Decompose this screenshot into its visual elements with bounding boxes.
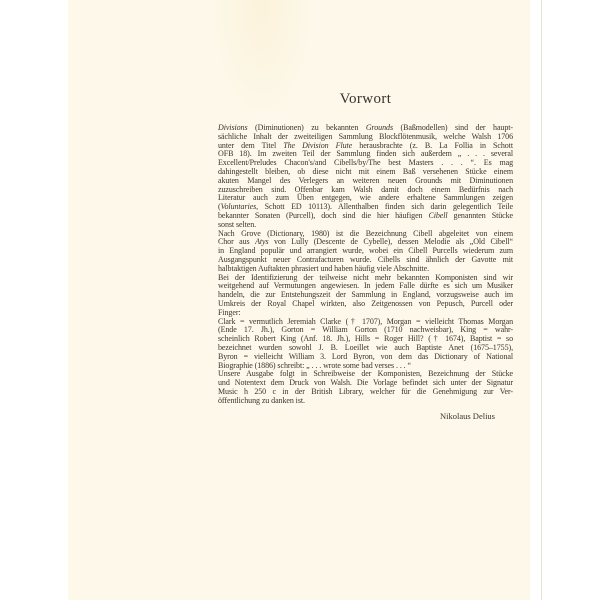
text-segment: halbtaktigen Auftakten phrasiert und hab…: [218, 264, 429, 273]
page-edge-line: [541, 0, 542, 600]
text-segment: genannten Stücke: [448, 211, 513, 220]
text-segment: sächliche Inhalt der zweiteiligen Sammlu…: [218, 132, 513, 141]
text-segment: (Baßmodellen) sind der haupt-: [393, 123, 513, 132]
italic-text-segment: Atys: [255, 237, 268, 246]
text-segment: Biographie (1886) schreibt: „ . . . wrot…: [218, 361, 411, 370]
italic-text-segment: Divisions: [218, 123, 248, 132]
text-segment: Nach Grove (Dictionary, 1980) ist die Be…: [218, 229, 513, 238]
text-segment: dahingestellt bleiben, ob diese nicht mi…: [218, 167, 513, 176]
scanned-page-canvas: Vorwort Divisions (Diminutionen) zu beka…: [0, 0, 600, 600]
text-segment: Byron = vielleicht William 3. Lord Byron…: [218, 352, 513, 361]
text-segment: Music h 250 c in der British Library, we…: [218, 387, 513, 396]
text-segment: unter dem Titel: [218, 141, 283, 150]
text-segment: , Schott ED 10113). Allenthalben finden …: [256, 202, 513, 211]
text-segment: öffentlichung zu danken ist.: [218, 396, 305, 405]
italic-text-segment: Grounds: [366, 123, 393, 132]
text-segment: akuten Mangel des Verlegers an weiteren …: [218, 176, 513, 185]
text-segment: sonst selten.: [218, 220, 256, 229]
text-segment: OFB 18). Im zweiten Teil der Sammlung fi…: [218, 149, 513, 158]
text-segment: von Lully (Descente de Cybelle), dessen …: [269, 237, 513, 246]
text-segment: (Ende 17. Jh.), Gorton = William Gorton …: [218, 325, 513, 334]
text-line: Umkreis der Royal Chapel wirkten, also Z…: [218, 300, 513, 309]
italic-text-segment: The Division Flute: [283, 141, 352, 150]
text-segment: Bei der Identifizierung der teilweise ni…: [218, 273, 513, 282]
preface-text: Divisions (Diminutionen) zu bekannten Gr…: [218, 124, 513, 406]
text-segment: Umkreis der Royal Chapel wirkten, also Z…: [218, 299, 513, 308]
text-segment: Literatur auch zum Üben entgegen, wie an…: [218, 193, 513, 202]
text-segment: Clark = vermutlich Jeremiah Clarke († 17…: [218, 317, 513, 326]
author-signature: Nikolaus Delius: [218, 411, 513, 421]
text-segment: und Notentext dem Druck von Walsh. Die V…: [218, 378, 513, 387]
text-segment: zuzuschreiben sind. Offenbar kam Walsh d…: [218, 185, 513, 194]
text-segment: handeln, die zur Entstehungszeit der Sam…: [218, 290, 513, 299]
text-segment: in England populär und arrangiert wurde,…: [218, 246, 513, 255]
text-segment: Ausgangspunkt neuer Contrafacturen wurde…: [218, 255, 513, 264]
page-title: Vorwort: [218, 91, 513, 108]
text-segment: Chor aus: [218, 237, 255, 246]
text-segment: (Diminutionen) zu bekannten: [248, 123, 366, 132]
text-segment: Unsere Ausgabe folgt in Schreibweise der…: [218, 369, 513, 378]
text-segment: weitgehend auf Vermutungen angewiesen. I…: [218, 281, 513, 290]
text-line: öffentlichung zu danken ist.: [218, 397, 513, 406]
text-segment: bezeichnet wurden sowohl J. B. Loeillet …: [218, 343, 513, 352]
text-segment: Finger:: [218, 308, 241, 317]
italic-text-segment: Cibell: [428, 211, 447, 220]
book-page: Vorwort Divisions (Diminutionen) zu beka…: [68, 0, 530, 600]
text-segment: Excellent/Preludes Chacon's/and Cibells/…: [218, 158, 513, 167]
text-segment: bekannter Sonaten (Purcell), doch sind d…: [218, 211, 428, 220]
italic-text-segment: Voluntaries: [221, 202, 257, 211]
text-segment: herausbrachte (z. B. La Follia in Schott: [352, 141, 513, 150]
text-line: bekannter Sonaten (Purcell), doch sind d…: [218, 212, 513, 221]
text-segment: scheinlich Robert King (Anf. 18. Jh.), H…: [218, 334, 513, 343]
